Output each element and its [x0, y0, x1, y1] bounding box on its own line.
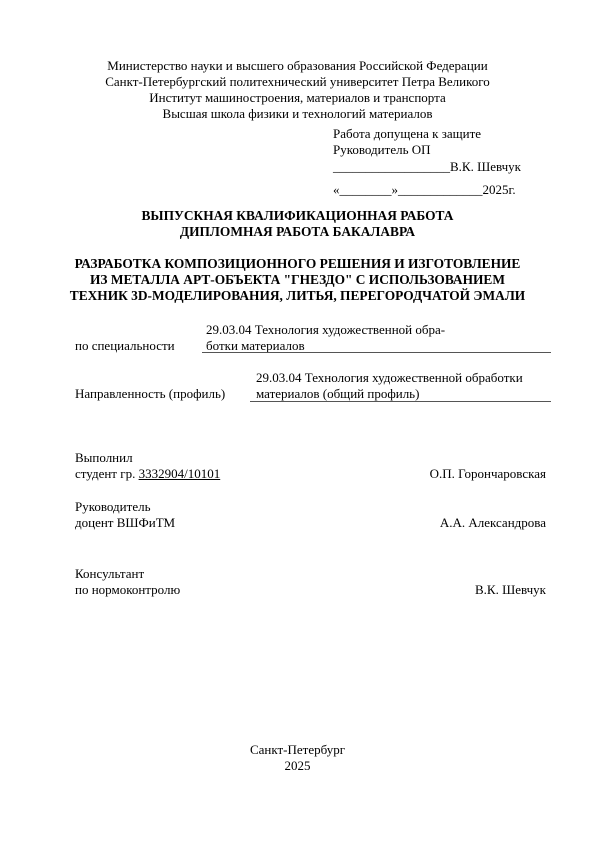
school-name: Высшая школа физики и технологий материа…	[0, 106, 595, 122]
ministry-name: Министерство науки и высшего образования…	[0, 58, 595, 74]
supervisor-role: Руководитель	[75, 499, 151, 515]
specialty-label: по специальности	[75, 338, 175, 354]
specialty-underline	[202, 352, 551, 353]
consultant-position: по нормоконтролю	[75, 582, 180, 598]
profile-value-1: 29.03.04 Технология художественной обраб…	[256, 370, 523, 386]
specialty-value-1: 29.03.04 Технология художественной обра-	[206, 322, 445, 338]
student-role: Выполнил	[75, 450, 133, 466]
profile-value-2: материалов (общий профиль)	[256, 386, 419, 402]
topic-line-3: ТЕХНИК 3D-МОДЕЛИРОВАНИЯ, ЛИТЬЯ, ПЕРЕГОРО…	[0, 288, 595, 304]
student-group-number: 3332904/10101	[139, 466, 221, 481]
supervisor-name: А.А. Александрова	[440, 515, 546, 531]
consultant-role: Консультант	[75, 566, 144, 582]
institute-name: Институт машиностроения, материалов и тр…	[0, 90, 595, 106]
topic-line-2: ИЗ МЕТАЛЛА АРТ-ОБЪЕКТА "ГНЕЗДО" С ИСПОЛЬ…	[0, 272, 595, 288]
footer-city: Санкт-Петербург	[0, 742, 595, 758]
approval-date: «________»_____________2025г.	[333, 182, 516, 198]
profile-label: Направленность (профиль)	[75, 386, 225, 402]
student-group-line: студент гр. 3332904/10101	[75, 466, 220, 482]
university-name: Санкт-Петербургский политехнический унив…	[0, 74, 595, 90]
approval-signature: __________________В.К. Шевчук	[333, 159, 521, 175]
approval-admitted: Работа допущена к защите	[333, 126, 481, 142]
student-group-prefix: студент гр.	[75, 466, 139, 481]
supervisor-position: доцент ВШФиТМ	[75, 515, 175, 531]
work-type-subtitle: ДИПЛОМНАЯ РАБОТА БАКАЛАВРА	[0, 224, 595, 240]
student-name: О.П. Горончаровская	[430, 466, 546, 482]
profile-underline	[250, 401, 551, 402]
footer-year: 2025	[0, 758, 595, 774]
approval-head: Руководитель ОП	[333, 142, 431, 158]
work-type-title: ВЫПУСКНАЯ КВАЛИФИКАЦИОННАЯ РАБОТА	[0, 208, 595, 224]
consultant-name: В.К. Шевчук	[475, 582, 546, 598]
topic-line-1: РАЗРАБОТКА КОМПОЗИЦИОННОГО РЕШЕНИЯ И ИЗГ…	[0, 256, 595, 272]
